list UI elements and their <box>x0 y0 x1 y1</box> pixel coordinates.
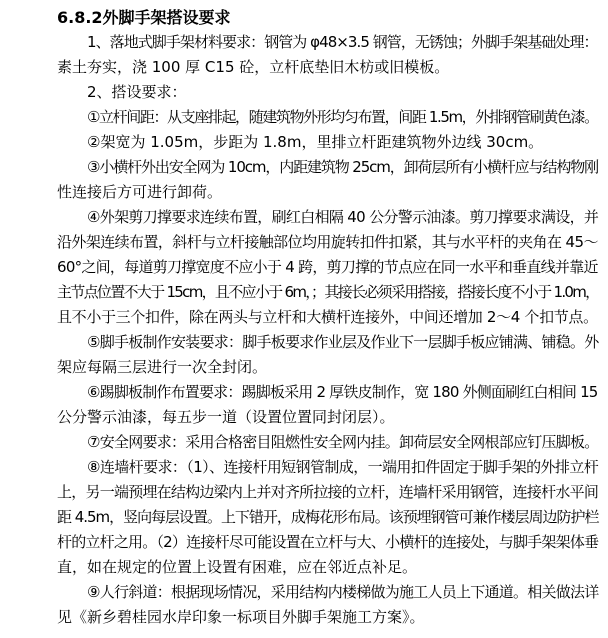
text-line: ③小横杆外出安全网为 10cm，内距建筑物 25cm，卸荷层所有小横杆应与结构物… <box>57 155 598 180</box>
text-line: 直，如在规定的位置上设置有困难，应在邻近点补足。 <box>57 555 598 580</box>
text-line: ⑤脚手板制作安装要求：脚手板要求作业层及作业下一层脚手板应铺满、铺稳。外 <box>57 330 598 355</box>
document-page: 6.8.2外脚手架搭设要求 1、落地式脚手架材料要求：钢管为 φ48×3.5 钢… <box>0 0 608 638</box>
text-line: 见《新乡碧桂园水岸印象一标项目外脚手架施工方案》。 <box>57 605 598 630</box>
text-line: ①立杆间距：从支座排起，随建筑物外形均匀布置，间距 1.5m，外排钢管刷黄色漆。 <box>57 105 598 130</box>
text-line: 架应每隔三层进行一次全封闭。 <box>57 355 598 380</box>
text-line: 距 4.5m，竖向每层设置。上下错开，成梅花形布局。该预埋钢管可兼作楼层周边防护… <box>57 505 598 530</box>
text-line: 主节点位置不大于 15cm，且不应小于 6m，；其接长必须采用搭接，搭接长度不小… <box>57 280 598 305</box>
text-line: 且不小于三个扣件，除在两头与立杆和大横杆连接外，中间还增加 2～4 个扣节点。 <box>57 305 598 330</box>
text-line: ⑥踢脚板制作布置要求：踢脚板采用 2 厚铁皮制作，宽 180 外侧面刷红白相间 … <box>57 380 598 405</box>
text-line: ⑦安全网要求：采用合格密目阻燃性安全网内挂。卸荷层安全网根部应钉压脚板。 <box>57 430 598 455</box>
text-line: 沿外架连续布置，斜杆与立杆接触部位均用旋转扣件扣紧，其与水平杆的夹角在 45～ <box>57 230 598 255</box>
text-line: 素土夯实，浇 100 厚 C15 砼，立杆底垫旧木枋或旧模板。 <box>57 55 598 80</box>
text-line: 60°之间，每道剪刀撑宽度不应小于 4 跨，剪刀撑的节点应在同一水平和垂直线并靠… <box>57 255 598 280</box>
text-line: 性连接后方可进行卸荷。 <box>57 180 598 205</box>
text-line: 2、搭设要求： <box>57 80 598 105</box>
text-line: 1、落地式脚手架材料要求：钢管为 φ48×3.5 钢管，无锈蚀；外脚手架基础处理… <box>57 30 598 55</box>
text-line: 杆的立杆之用。（2）连接杆尽可能设置在立杆与大、小横杆的连接处，与脚手架架体垂 <box>57 530 598 555</box>
text-line: ②架宽为 1.05m，步距为 1.8m，里排立杆距建筑物外边线 30cm。 <box>57 130 598 155</box>
document-body: 1、落地式脚手架材料要求：钢管为 φ48×3.5 钢管，无锈蚀；外脚手架基础处理… <box>57 30 598 630</box>
text-line: 公分警示油漆，每五步一道（设置位置同封闭层）。 <box>57 405 598 430</box>
text-line: ④外架剪刀撑要求连续布置，刷红白相隔 40 公分警示油漆。剪刀撑要求满设，并 <box>57 205 598 230</box>
text-line: 上，另一端预埋在结构边梁内上并对齐所拉接的立杆，连墙杆采用钢管，连接杆水平间 <box>57 480 598 505</box>
section-heading: 6.8.2外脚手架搭设要求 <box>57 5 598 30</box>
text-line: ⑧连墙杆要求：（1）、连接杆用短钢管制成，一端用扣件固定于脚手架的外排立杆 <box>57 455 598 480</box>
text-line: ⑨人行斜道：根据现场情况，采用结构内楼梯做为施工人员上下通道。相关做法详 <box>57 580 598 605</box>
